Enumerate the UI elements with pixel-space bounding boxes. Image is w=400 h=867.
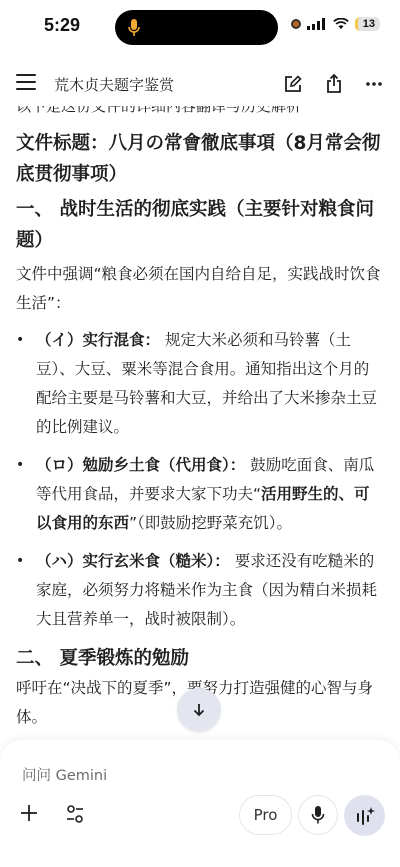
section-1-list: （イ）实行混食： 规定大米必须和马铃薯（土豆）、大豆、粟米等混合食用。通知指出这… [16, 326, 384, 634]
tools-button[interactable] [64, 803, 86, 825]
document-title: 文件标题：八月の常會徹底事項（8月常会彻底贯彻事项） [16, 128, 384, 190]
recording-indicator-icon [291, 19, 301, 29]
list-item: （イ）实行混食： 规定大米必须和马铃薯（土豆）、大豆、粟米等混合食用。通知指出这… [16, 326, 384, 442]
battery-level: 13 [355, 17, 380, 31]
list-item-label: （ロ）勉励乡土食（代用食）： [36, 456, 245, 474]
section-1-heading: 一、 战时生活的彻底实践（主要针对粮食问题） [16, 194, 384, 256]
status-time: 5:29 [44, 15, 80, 36]
gemini-live-button[interactable] [344, 795, 385, 836]
live-waveform-icon [355, 806, 375, 826]
status-bar: 5:29 13 [0, 0, 400, 56]
arrow-down-icon [193, 703, 205, 717]
add-attachment-button[interactable] [18, 802, 40, 824]
list-item-label: （イ）实行混食： [36, 331, 160, 349]
list-item: （ロ）勉励乡土食（代用食）： 鼓励吃面食、南瓜等代用食品，并要求大家下功夫“活用… [16, 451, 384, 538]
section-1-intro: 文件中强调“粮食必须在国内自给自足，实践战时饮食生活”： [16, 260, 384, 318]
list-item-text: ”（即鼓励挖野菜充饥）。 [129, 514, 292, 532]
share-icon [326, 74, 342, 94]
prompt-input[interactable]: 问问 Gemini [22, 764, 107, 785]
clipped-text-line: 以下是这份文件的详细内容翻译与历史解析 [16, 106, 384, 114]
app-header: 荒木贞夫题字鉴赏 [0, 62, 400, 106]
model-picker-button[interactable]: Pro [239, 795, 292, 835]
more-horizontal-icon [366, 82, 382, 86]
more-options-button[interactable] [362, 72, 386, 96]
response-content[interactable]: 以下是这份文件的详细内容翻译与历史解析 文件标题：八月の常會徹底事項（8月常会彻… [0, 106, 400, 746]
dynamic-island [115, 10, 278, 45]
menu-button[interactable] [16, 74, 36, 90]
chat-title: 荒木贞夫题字鉴赏 [54, 74, 174, 95]
edit-icon [284, 75, 302, 93]
voice-input-button[interactable] [298, 795, 338, 835]
edit-button[interactable] [281, 72, 305, 96]
wifi-icon [333, 18, 349, 30]
prompt-composer: 问问 Gemini Pro [0, 740, 400, 867]
microphone-icon [311, 805, 325, 825]
list-item: （ハ）实行玄米食（糙米）： 要求还没有吃糙米的家庭，必须努力将糙米作为主食（因为… [16, 547, 384, 634]
section-2-heading: 二、 夏季锻炼的勉励 [16, 643, 384, 674]
mic-active-icon [127, 18, 141, 38]
share-button[interactable] [322, 72, 346, 96]
list-item-label: （ハ）实行玄米食（糙米）： [36, 552, 230, 570]
cellular-signal-icon [307, 18, 327, 30]
scroll-to-bottom-button[interactable] [177, 688, 221, 732]
